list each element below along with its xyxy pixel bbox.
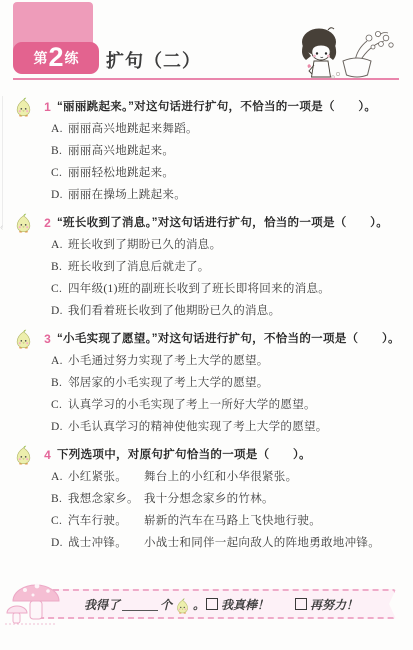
option-c: C. 汽车行驶。 崭新的汽车在马路上飞快地行驶。 [51, 510, 408, 532]
lesson-badge-number: 2 [48, 44, 63, 71]
option-b: B. 我想念家乡。 我十分想念家乡的竹林。 [51, 488, 408, 510]
question-number: 2 [40, 212, 55, 234]
girl-illustration-icon [281, 25, 399, 79]
chick-icon [14, 445, 33, 465]
score-prefix: 我得了 [84, 596, 120, 613]
option-a: A. 班长收到了期盼已久的消息。 [51, 234, 408, 256]
option-expanded-sentence: 我十分想念家乡的竹林。 [144, 488, 408, 510]
question-stem: “小毛实现了愿望。”对这句话进行扩句，不恰当的一项是（ ）。 [57, 328, 408, 350]
option-label: C. [51, 278, 68, 300]
question-3: 3 “小毛实现了愿望。”对这句话进行扩句，不恰当的一项是（ ）。 A. 小毛通过… [14, 328, 408, 438]
scan-edge-tick: ‹ [0, 222, 3, 233]
self-score-ribbon: 我得了 个 。 我真棒！ 再努力！ [30, 589, 396, 619]
checkbox-square-icon[interactable] [206, 598, 218, 610]
worksheet-page: 第 2 练 扩句（二） ‹ [0, 0, 413, 650]
self-evaluation-checkboxes: 我真棒！ 再努力！ [206, 596, 358, 613]
lesson-badge-suffix: 练 [65, 51, 79, 65]
question-4: 4 下列选项中，对原句扩句恰当的一项是（ ）。 A. 小红紧张。 舞台上的小红和… [14, 444, 408, 554]
option-d: D. 我们看着班长收到了他期盼已久的消息。 [51, 300, 408, 322]
checkbox-label: 再努力！ [310, 596, 358, 613]
chick-icon [173, 598, 192, 614]
option-label: C. [51, 162, 68, 184]
option-label: D. [51, 300, 68, 322]
page-title: 扩句（二） [106, 47, 201, 73]
question-1: 1 “丽丽跳起来。”对这句话进行扩句，不恰当的一项是（ ）。 A. 丽丽高兴地跳… [14, 96, 408, 206]
option-label: A. [51, 466, 68, 488]
option-text: 丽丽高兴地跳起来舞蹈。 [68, 118, 198, 140]
option-d: D. 战士冲锋。 小战士和同伴一起向敌人的阵地勇敢地冲锋。 [51, 532, 408, 554]
option-label: A. [51, 234, 68, 256]
question-stem: “丽丽跳起来。”对这句话进行扩句，不恰当的一项是（ ）。 [57, 96, 408, 118]
chick-icon [14, 97, 33, 117]
option-label: B. [51, 488, 68, 510]
option-d: D. 小毛认真学习的精神使他实现了考上大学的愿望。 [51, 416, 408, 438]
option-expanded-sentence: 小战士和同伴一起向敌人的阵地勇敢地冲锋。 [144, 532, 408, 554]
lesson-badge: 第 2 练 [13, 42, 99, 74]
option-a: A. 小毛通过努力实现了考上大学的愿望。 [51, 350, 408, 372]
question-number: 3 [40, 328, 55, 350]
option-original-sentence: 小红紧张。 [68, 466, 144, 488]
option-label: B. [51, 256, 68, 278]
score-statement: 我得了 个 。 [84, 596, 205, 613]
option-b: B. 邻居家的小毛实现了考上大学的愿望。 [51, 372, 408, 394]
option-text: 小毛通过努力实现了考上大学的愿望。 [68, 350, 269, 372]
option-expanded-sentence: 舞台上的小红和小华很紧张。 [144, 466, 408, 488]
option-text: 我们看着班长收到了他期盼已久的消息。 [68, 300, 280, 322]
option-c: C. 丽丽轻松地跳起来。 [51, 162, 408, 184]
question-stem: “班长收到了消息。”对这句话进行扩句，恰当的一项是（ ）。 [57, 212, 408, 234]
option-c: C. 四年级(1)班的副班长收到了班长即将回来的消息。 [51, 278, 408, 300]
checkbox-label: 我真棒！ [221, 596, 269, 613]
option-text: 丽丽在操场上跳起来。 [68, 184, 186, 206]
option-label: D. [51, 416, 68, 438]
option-text: 丽丽轻松地跳起来。 [68, 162, 174, 184]
option-c: C. 认真学习的小毛实现了考上一所好大学的愿望。 [51, 394, 408, 416]
score-blank-input[interactable] [122, 597, 158, 611]
option-original-sentence: 汽车行驶。 [68, 510, 144, 532]
option-label: D. [51, 184, 68, 206]
option-text: 班长收到了期盼已久的消息。 [68, 234, 221, 256]
option-b: B. 班长收到了消息后就走了。 [51, 256, 408, 278]
scan-edge-line [2, 96, 3, 228]
checkbox-square-icon[interactable] [295, 598, 307, 610]
option-label: A. [51, 118, 68, 140]
score-period: 。 [193, 596, 205, 613]
option-original-sentence: 我想念家乡。 [68, 488, 144, 510]
option-original-sentence: 战士冲锋。 [68, 532, 144, 554]
option-label: C. [51, 394, 68, 416]
option-expanded-sentence: 崭新的汽车在马路上飞快地行驶。 [144, 510, 408, 532]
option-text: 邻居家的小毛实现了考上大学的愿望。 [68, 372, 269, 394]
question-stem: 下列选项中，对原句扩句恰当的一项是（ ）。 [57, 444, 408, 466]
question-number: 4 [40, 444, 55, 466]
option-text: 班长收到了消息后就走了。 [68, 256, 210, 278]
option-a: A. 小红紧张。 舞台上的小红和小华很紧张。 [51, 466, 408, 488]
checkbox-well-done[interactable]: 我真棒！ [206, 596, 269, 613]
question-number: 1 [40, 96, 55, 118]
question-list: 1 “丽丽跳起来。”对这句话进行扩句，不恰当的一项是（ ）。 A. 丽丽高兴地跳… [14, 96, 408, 560]
chick-icon [14, 329, 33, 349]
lesson-badge-prefix: 第 [33, 51, 47, 65]
option-label: C. [51, 510, 68, 532]
option-label: A. [51, 350, 68, 372]
option-text: 小毛认真学习的精神使他实现了考上大学的愿望。 [68, 416, 328, 438]
question-2: 2 “班长收到了消息。”对这句话进行扩句，恰当的一项是（ ）。 A. 班长收到了… [14, 212, 408, 322]
score-suffix: 个 [160, 596, 172, 613]
option-text: 丽丽高兴地跳起来。 [68, 140, 174, 162]
checkbox-try-harder[interactable]: 再努力！ [295, 596, 358, 613]
option-text: 四年级(1)班的副班长收到了班长即将回来的消息。 [68, 278, 330, 300]
option-text: 认真学习的小毛实现了考上一所好大学的愿望。 [68, 394, 316, 416]
option-label: D. [51, 532, 68, 554]
option-label: B. [51, 372, 68, 394]
chick-icon [14, 213, 33, 233]
option-d: D. 丽丽在操场上跳起来。 [51, 184, 408, 206]
mushroom-icon [3, 575, 67, 627]
option-b: B. 丽丽高兴地跳起来。 [51, 140, 408, 162]
option-a: A. 丽丽高兴地跳起来舞蹈。 [51, 118, 408, 140]
option-label: B. [51, 140, 68, 162]
